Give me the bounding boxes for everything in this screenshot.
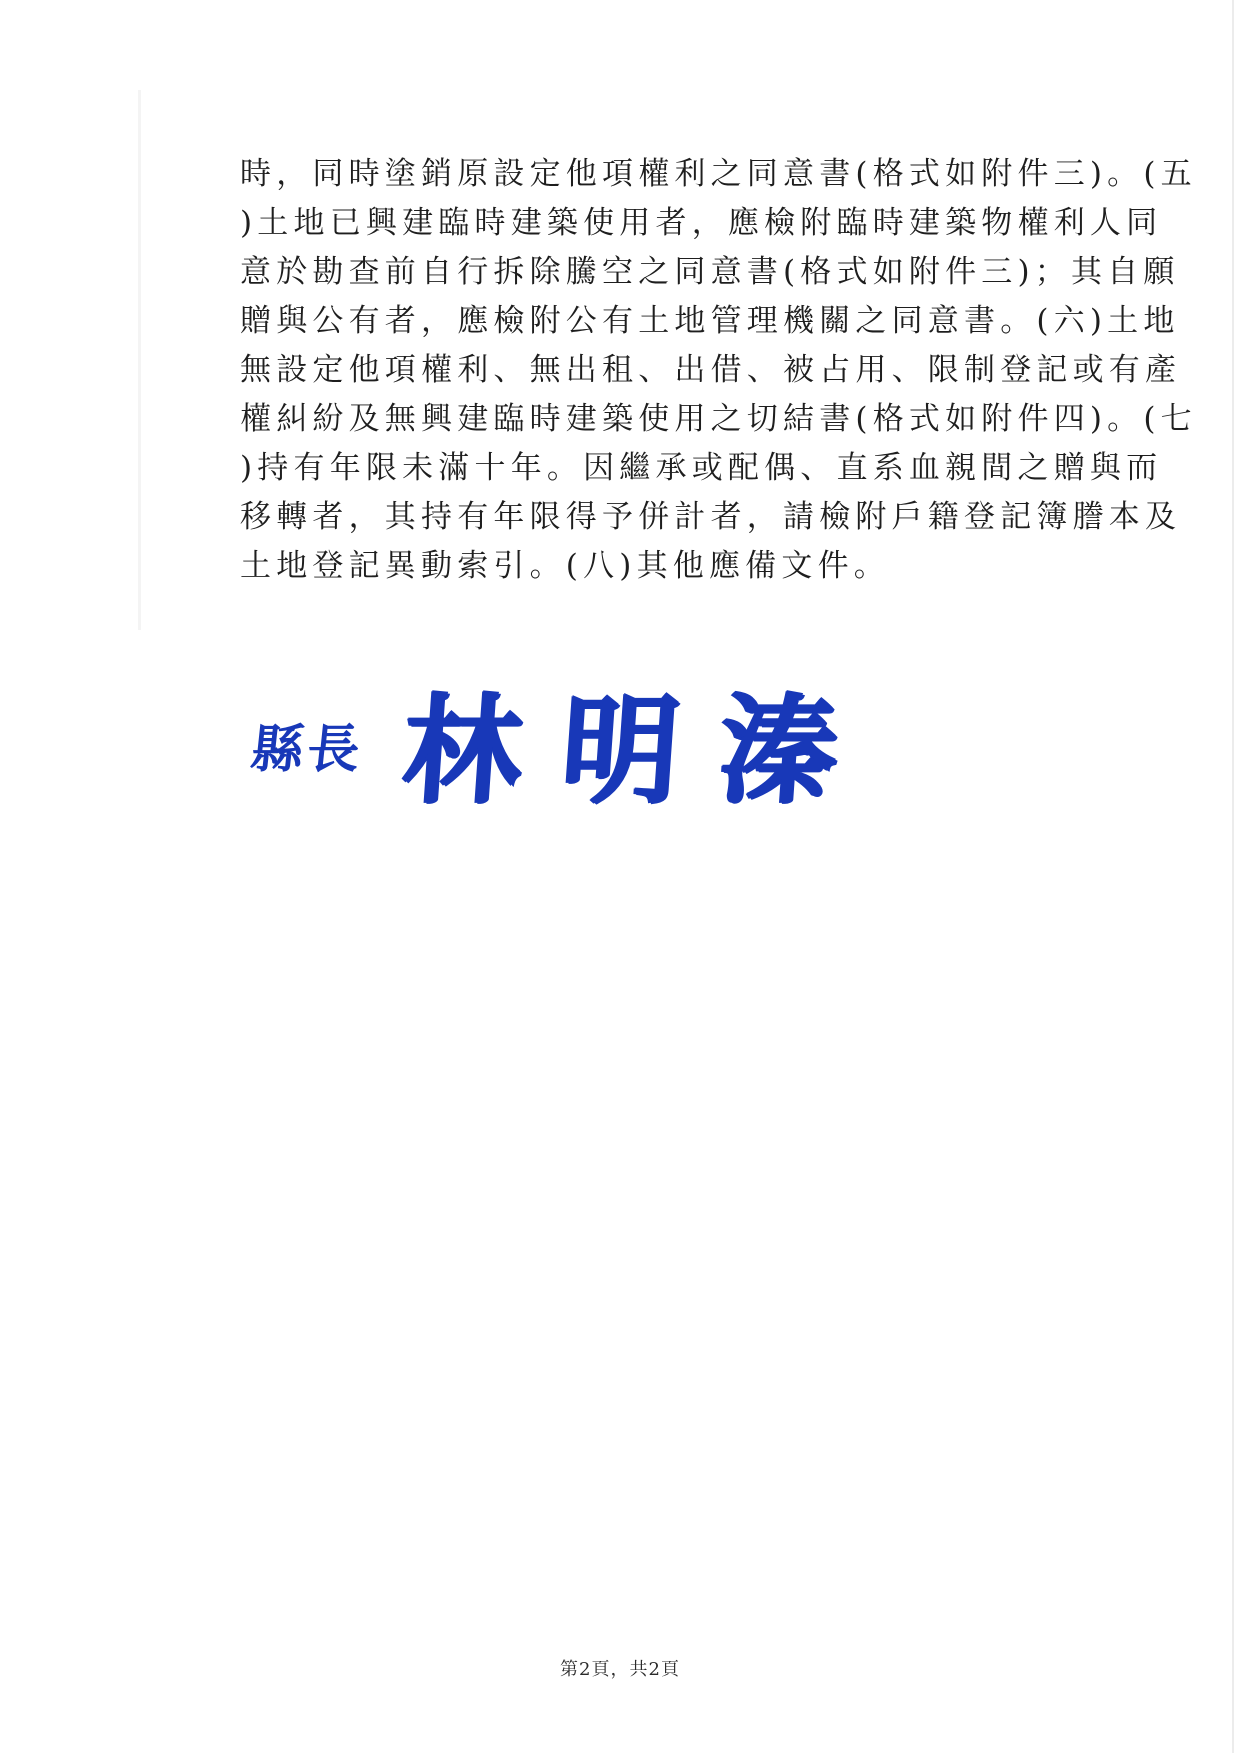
body-line: 權糾紛及無興建臨時建築使用之切結書(格式如附件四)。(七 bbox=[240, 395, 1120, 444]
scan-edge bbox=[1232, 0, 1234, 1753]
body-line: 贈與公有者，應檢附公有土地管理機關之同意書。(六)土地 bbox=[240, 297, 1120, 346]
document-page: 時，同時塗銷原設定他項權利之同意書(格式如附件三)。(五 )土地已興建臨時建築使… bbox=[0, 0, 1240, 1753]
body-line: 時，同時塗銷原設定他項權利之同意書(格式如附件三)。(五 bbox=[240, 150, 1120, 199]
scan-artifact bbox=[138, 90, 141, 630]
signature-title: 縣長 bbox=[248, 707, 368, 782]
document-body: 時，同時塗銷原設定他項權利之同意書(格式如附件三)。(五 )土地已興建臨時建築使… bbox=[240, 150, 1120, 591]
body-line: )持有年限未滿十年。因繼承或配偶、直系血親間之贈與而 bbox=[240, 444, 1120, 493]
signature-name: 林明溱 bbox=[398, 655, 884, 825]
magistrate-signature-stamp: 縣長 林明溱 bbox=[252, 665, 878, 815]
body-line: 土地登記異動索引。(八)其他應備文件。 bbox=[240, 542, 1120, 591]
page-footer: 第2頁，共2頁 bbox=[0, 1655, 1240, 1681]
body-line: 移轉者，其持有年限得予併計者，請檢附戶籍登記簿謄本及 bbox=[240, 493, 1120, 542]
body-line: 無設定他項權利、無出租、出借、被占用、限制登記或有產 bbox=[240, 346, 1120, 395]
body-line: )土地已興建臨時建築使用者，應檢附臨時建築物權利人同 bbox=[240, 199, 1120, 248]
page-indicator: 第2頁，共2頁 bbox=[560, 1659, 680, 1680]
body-line: 意於勘查前自行拆除騰空之同意書(格式如附件三)；其自願 bbox=[240, 248, 1120, 297]
